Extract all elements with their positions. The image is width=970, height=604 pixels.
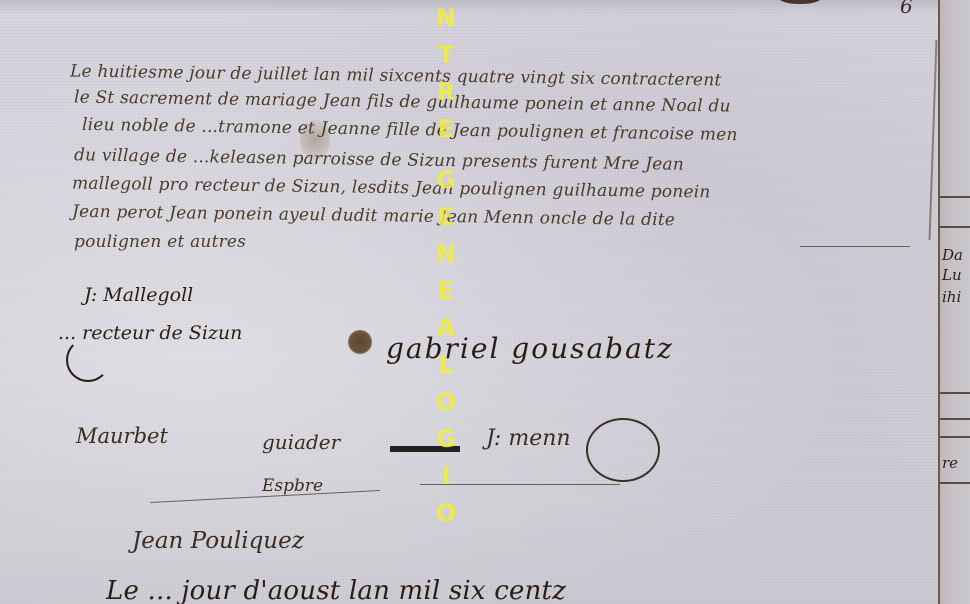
- adjacent-page-rule: [940, 418, 970, 420]
- signature-jean-pouliquez: Jean Pouliquez: [132, 528, 304, 554]
- watermark-letter: E: [438, 199, 454, 236]
- watermark-letter: E: [438, 273, 454, 310]
- record-line-7: poulignen et autres: [74, 232, 246, 252]
- signature-paraph: [586, 418, 660, 482]
- record-line-3: lieu noble de ...tramone et Jeanne fille…: [82, 115, 738, 145]
- watermark-letter: O: [436, 495, 456, 532]
- watermark-letter: L: [438, 347, 453, 384]
- line-end-dash: [800, 246, 910, 247]
- adjacent-page-text: Da: [942, 246, 963, 264]
- adjacent-page-rule: [940, 482, 970, 484]
- record-line-4: du village de ...keleasen parroisse de S…: [74, 145, 684, 175]
- signature-flourish: [66, 338, 110, 382]
- record-line-5: mallegoll pro recteur de Sizun, lesdits …: [72, 174, 711, 203]
- genealogy-watermark: N T R E G E N E A L O G I O: [430, 0, 462, 604]
- watermark-letter: N: [436, 236, 456, 273]
- adjacent-page-text: Lu: [942, 266, 962, 284]
- next-entry-first-line: Le ... jour d'aoust lan mil six centz: [106, 576, 566, 604]
- adjacent-page-rule: [940, 392, 970, 394]
- adjacent-page-text: ihi: [942, 288, 961, 306]
- watermark-letter: G: [436, 162, 456, 199]
- page-margin-line: [929, 40, 938, 240]
- watermark-letter: N: [436, 0, 456, 37]
- adjacent-page-text: re: [942, 454, 958, 472]
- watermark-letter: I: [442, 458, 451, 495]
- watermark-letter: A: [437, 310, 456, 347]
- record-line-1: Le huitiesme jour de juillet lan mil six…: [70, 61, 722, 90]
- page-number: 6: [900, 0, 913, 18]
- watermark-letter: G: [436, 421, 456, 458]
- signature-j-menn: J: menn: [486, 426, 571, 451]
- record-line-2: le St sacrement de mariage Jean fils de …: [74, 87, 731, 116]
- adjacent-page-rule: [940, 196, 970, 198]
- watermark-letter: E: [438, 111, 454, 148]
- watermark-letter: R: [437, 74, 455, 111]
- adjacent-page-edge: Da Lu ihi re: [938, 0, 970, 604]
- watermark-letter: O: [436, 384, 456, 421]
- adjacent-page-rule: [940, 226, 970, 228]
- signature-maurbet: Maurbet: [76, 424, 168, 448]
- signature-mallegoll: J: Mallegoll: [84, 284, 193, 306]
- register-page: 6 Le huitiesme jour de juillet lan mil s…: [0, 0, 970, 604]
- signature-guiader: guiader: [262, 430, 340, 454]
- watermark-letter: T: [438, 37, 454, 74]
- record-line-6: Jean perot Jean ponein ayeul dudit marie…: [72, 202, 675, 230]
- adjacent-page-rule: [940, 436, 970, 438]
- ink-blot-large: [348, 330, 372, 354]
- page-top-shadow: [0, 0, 970, 14]
